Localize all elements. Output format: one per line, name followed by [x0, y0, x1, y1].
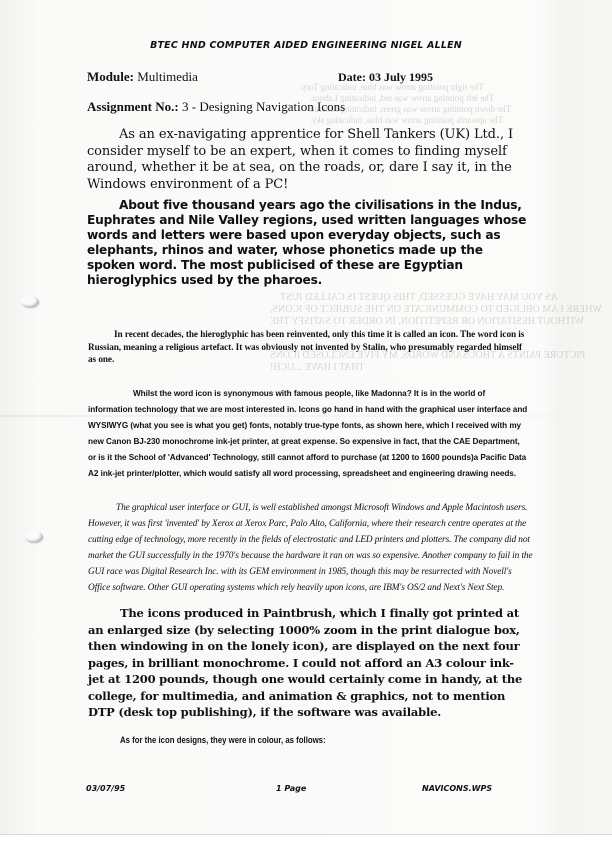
footer-date: 03/07/95: [86, 784, 125, 793]
footer-page-number: 1 Page: [276, 784, 306, 793]
date-value: 03 July 1995: [369, 70, 433, 84]
paragraph-history: About five thousand years ago the civili…: [87, 198, 527, 288]
assignment-value: 3 - Designing Navigation Icons: [182, 99, 345, 114]
punch-hole-bottom: [25, 531, 43, 543]
bleed-through-text: WHERE I AM OBLIGED TO COMMUNICATE ON THE…: [270, 304, 602, 315]
paragraph-intro: As an ex-navigating apprentice for Shell…: [87, 127, 527, 193]
paragraph-paintbrush-icons: The icons produced in Paintbrush, which …: [88, 605, 528, 721]
assignment-label: Assignment No.:: [87, 99, 179, 114]
module-label: Module:: [87, 69, 134, 84]
scanned-page: The right pointing arrow was blue, indic…: [0, 0, 612, 842]
paragraph-gui-history: The graphical user interface or GUI, is …: [88, 500, 533, 596]
paragraph-information-technology: Whilst the word icon is synonymous with …: [88, 386, 528, 482]
assignment-line: Assignment No.: 3 - Designing Navigation…: [87, 99, 345, 115]
document-header: BTEC HND COMPUTER AIDED ENGINEERING NIGE…: [0, 40, 612, 51]
bleed-through-text: The upwards pointing arrow was blue, ind…: [310, 115, 503, 126]
module-value: Multimedia: [137, 69, 198, 84]
paragraph-icon-designs: As for the icon designs, they were in co…: [120, 735, 326, 746]
punch-hole-top: [21, 296, 39, 308]
footer-filename: NAVICONS.WPS: [422, 784, 492, 793]
date-label: Date:: [338, 70, 366, 84]
bleed-through-text: WITHOUT HESITATION OR REPETITION, IN ORD…: [270, 316, 584, 327]
page-bottom-edge: [0, 834, 612, 842]
paragraph-icon-origin: In recent decades, the hieroglyphic has …: [88, 328, 528, 366]
date-line: Date: 03 July 1995: [338, 70, 433, 85]
module-line: Module: Multimedia: [87, 69, 198, 85]
bleed-through-text: AS YOU MAY HAVE GUESSED, THIS QUEST IS C…: [280, 292, 558, 303]
